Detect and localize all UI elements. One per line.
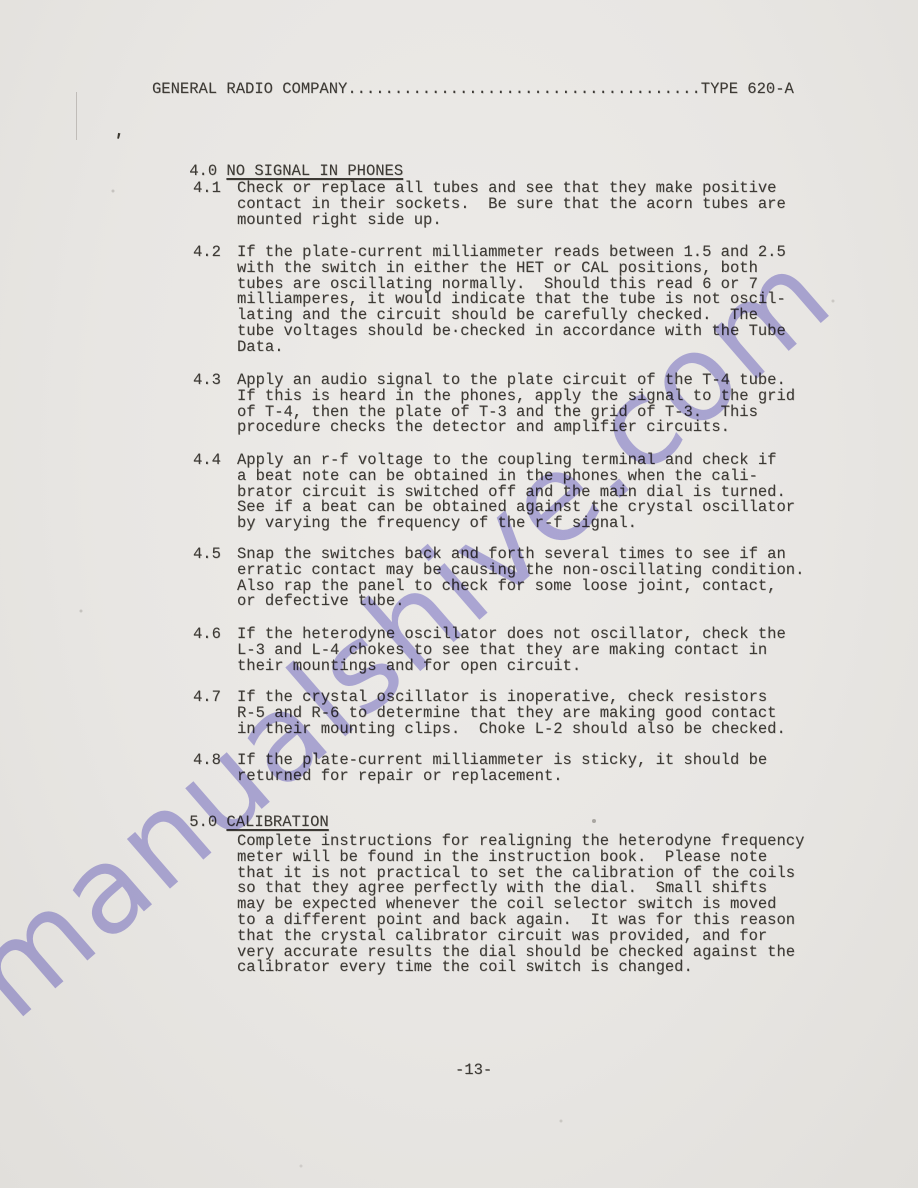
- item-4-8-number: 4.8: [193, 753, 237, 769]
- item-4-4-number: 4.4: [193, 453, 237, 469]
- item-4-5: 4.5 Snap the switches back and forth sev…: [193, 547, 804, 610]
- item-4-4: 4.4 Apply an r-f voltage to the coupling…: [193, 453, 795, 532]
- item-4-2-text: If the plate-current milliammeter reads …: [237, 245, 786, 356]
- item-4-7-number: 4.7: [193, 690, 237, 706]
- ink-mark: ': [110, 131, 125, 153]
- section-5-title: CALIBRATION: [226, 813, 328, 831]
- item-4-2-number: 4.2: [193, 245, 237, 261]
- item-4-5-number: 4.5: [193, 547, 237, 563]
- item-4-8: 4.8 If the plate-current milliammeter is…: [193, 753, 767, 785]
- item-4-6: 4.6 If the heterodyne oscillator does no…: [193, 627, 786, 674]
- paper-edge-line: [76, 92, 77, 140]
- paper-specks: [0, 0, 2, 2]
- item-4-2: 4.2 If the plate-current milliammeter re…: [193, 245, 786, 356]
- section-4-number: 4.0: [189, 162, 217, 180]
- item-4-1: 4.1 Check or replace all tubes and see t…: [193, 181, 786, 228]
- item-4-5-text: Snap the switches back and forth several…: [237, 547, 804, 610]
- item-4-1-number: 4.1: [193, 181, 237, 197]
- scanned-page: GENERAL RADIO COMPANY...................…: [0, 0, 918, 1188]
- item-4-4-text: Apply an r-f voltage to the coupling ter…: [237, 453, 795, 532]
- item-4-6-text: If the heterodyne oscillator does not os…: [237, 627, 786, 674]
- item-4-7-text: If the crystal oscillator is inoperative…: [237, 690, 786, 737]
- section-5-number: 5.0: [189, 813, 217, 831]
- header-line: GENERAL RADIO COMPANY...................…: [152, 82, 794, 98]
- item-4-3-text: Apply an audio signal to the plate circu…: [237, 373, 795, 436]
- item-4-1-text: Check or replace all tubes and see that …: [237, 181, 786, 228]
- item-4-8-text: If the plate-current milliammeter is sti…: [237, 753, 767, 785]
- item-4-3-number: 4.3: [193, 373, 237, 389]
- section-4-title: NO SIGNAL IN PHONES: [226, 162, 403, 180]
- calibration-paragraph: Complete instructions for realigning the…: [237, 834, 804, 976]
- item-4-6-number: 4.6: [193, 627, 237, 643]
- item-4-7: 4.7 If the crystal oscillator is inopera…: [193, 690, 786, 737]
- item-4-3: 4.3 Apply an audio signal to the plate c…: [193, 373, 795, 436]
- page-number: -13-: [455, 1063, 492, 1079]
